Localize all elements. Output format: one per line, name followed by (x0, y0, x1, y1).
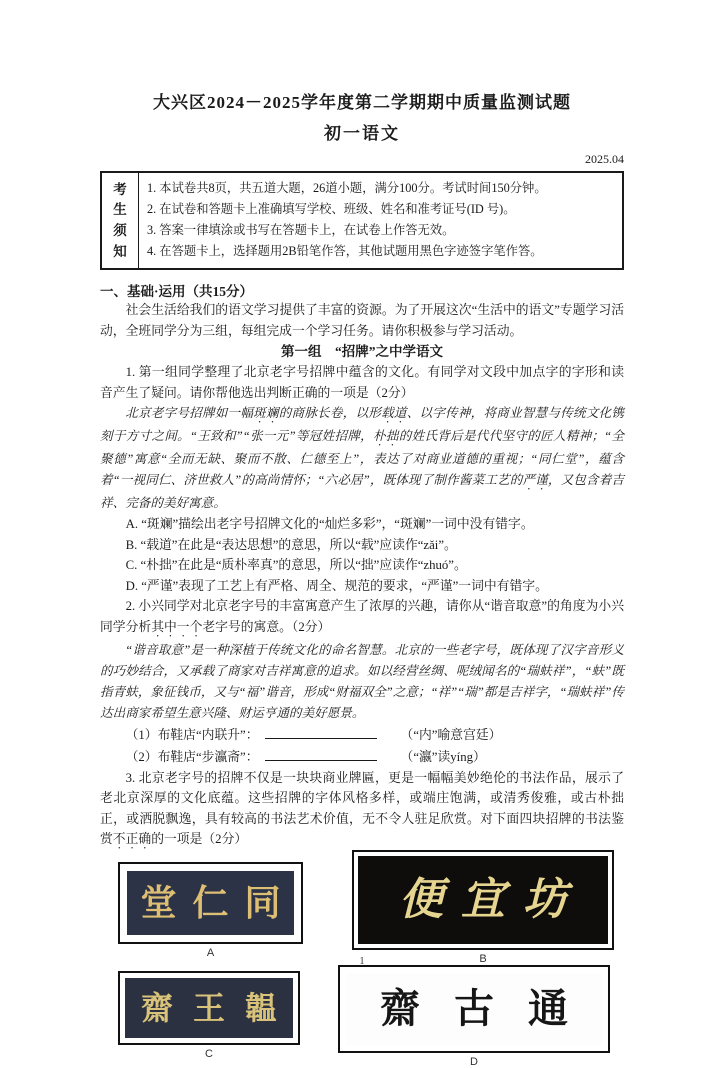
notice-items: 1. 本试卷共8页，共五道大题，26道小题，满分100分。考试时间150分钟。 … (139, 173, 622, 268)
exam-date: 2025.04 (100, 152, 624, 167)
notice-label-char: 考 (113, 183, 127, 197)
q1-option-c: C. “朴拙”在此是“质朴率真”的意思，所以“拙”应读作“zhuó”。 (100, 555, 624, 576)
q2-blank-2-prefix: （2）布鞋店“步瀛斋”： (126, 750, 259, 764)
notice-item: 1. 本试卷共8页，共五道大题，26道小题，满分100分。考试时间150分钟。 (147, 178, 614, 199)
page-number: 1 (0, 955, 724, 967)
question-1-stem: 1. 第一组同学整理了北京老字号招牌中蕴含的文化。有同学对文段中加点字的字形和读… (100, 362, 624, 403)
exam-page: 大兴区2024－2025学年度第二学期期中质量监测试题 初一语文 2025.04… (100, 0, 624, 1068)
signboard-a-frame: 堂仁同 (118, 862, 303, 944)
signboard-d-label: D (470, 1056, 478, 1068)
signboard-c-characters: 齋王韞 (121, 992, 297, 1024)
answer-blank-line (265, 725, 377, 738)
q1-option-d: D. “严谨”表现了工艺上有严格、周全、规范的要求，“严谨”一词中有错字。 (100, 576, 624, 597)
signboard-a: 堂仁同 A (118, 862, 303, 959)
q1-option-a: A. “斑斓”描绘出老字号招牌文化的“灿烂多彩”，“斑斓”一词中没有错字。 (100, 514, 624, 535)
signboard-d-characters: 齋古通 (346, 989, 602, 1029)
signboard-d-plate: 齋古通 (346, 973, 602, 1045)
notice-label-char: 须 (113, 224, 127, 238)
notice-box: 考 生 须 知 1. 本试卷共8页，共五道大题，26道小题，满分100分。考试时… (100, 171, 624, 270)
signboard-row-2: 齋王韞 C 齋古通 D (100, 971, 624, 1068)
signboard-c: 齋王韞 C (118, 971, 300, 1060)
signboard-c-label: C (205, 1048, 213, 1060)
intro-paragraph: 社会生活给我们的语文学习提供了丰富的资源。为了开展这次“生活中的语文”专题学习活… (100, 300, 624, 341)
section-heading: 一、基础·运用（共15分） (100, 280, 624, 300)
signboard-c-plate: 齋王韞 (125, 978, 293, 1038)
notice-label: 考 生 须 知 (102, 173, 139, 268)
signboard-b-characters: 便宜坊 (381, 878, 585, 922)
signboard-c-frame: 齋王韞 (118, 971, 300, 1045)
q2-passage: “谐音取意”是一种深植于传统文化的命名智慧。北京的一些老字号，既体现了汉字音形义… (100, 640, 624, 724)
question-2-stem: 2. 小兴同学对北京老字号的丰富寓意产生了浓厚的兴趣，请你从“谐音取意”的角度为… (100, 596, 624, 640)
notice-label-char: 知 (113, 245, 127, 259)
signboard-b-plate: 便宜坊 (358, 856, 608, 944)
q2-blank-2-suffix: （“瀛”读yíng） (401, 750, 486, 764)
notice-item: 4. 在答题卡上，选择题用2B铅笔作答，其他试题用黑色字迹签字笔作答。 (147, 241, 614, 262)
q2-blank-1-prefix: （1）布鞋店“内联升”： (126, 728, 259, 742)
answer-blank-line (265, 747, 377, 760)
signboard-b: 便宜坊 B (352, 850, 614, 965)
signboard-d-frame: 齋古通 (338, 965, 610, 1053)
exam-title: 大兴区2024－2025学年度第二学期期中质量监测试题 (100, 88, 624, 113)
q2-blank-2: （2）布鞋店“步瀛斋”：（“瀛”读yíng） (100, 746, 624, 768)
q2-blank-1: （1）布鞋店“内联升”：（“内”喻意宫廷） (100, 724, 624, 746)
signboard-a-plate: 堂仁同 (127, 871, 294, 935)
group-title: 第一组 “招牌”之中学语文 (100, 341, 624, 362)
signboard-a-characters: 堂仁同 (125, 885, 297, 921)
notice-label-char: 生 (113, 203, 127, 217)
question-3-stem: 3. 北京老字号的招牌不仅是一块块商业牌匾，更是一幅幅美妙绝伦的书法作品，展示了… (100, 768, 624, 853)
notice-item: 2. 在试卷和答题卡上准确填写学校、班级、姓名和准考证号(ID 号)。 (147, 199, 614, 220)
q1-passage: 北京老字号招牌如一幅斑斓的商脉长卷，以形载道、以字传神，将商业智慧与传统文化镌刻… (100, 403, 624, 514)
signboard-d: 齋古通 D (338, 965, 610, 1068)
exam-subtitle: 初一语文 (100, 119, 624, 144)
signboard-b-frame: 便宜坊 (352, 850, 614, 950)
signboard-row-1: 堂仁同 A 便宜坊 B (100, 862, 624, 965)
q1-option-b: B. “载道”在此是“表达思想”的意思，所以“载”应读作“zǎi”。 (100, 535, 624, 556)
q2-blank-1-suffix: （“内”喻意宫廷） (401, 728, 502, 742)
notice-item: 3. 答案一律填涂或书写在答题卡上，在试卷上作答无效。 (147, 220, 614, 241)
